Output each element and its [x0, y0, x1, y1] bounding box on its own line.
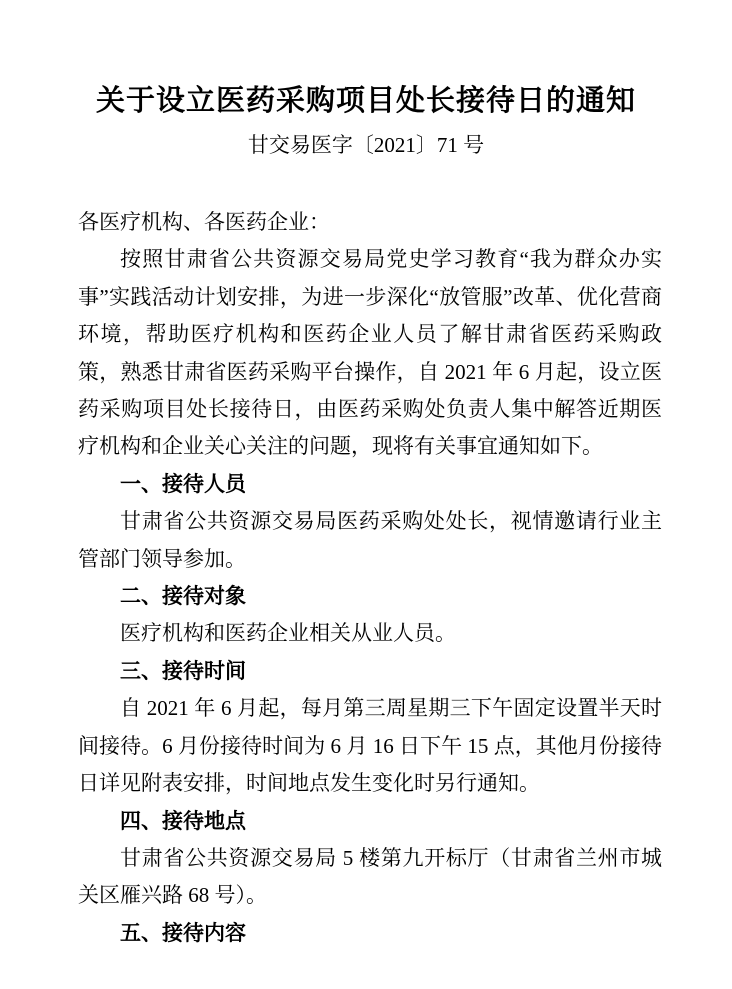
document-title: 关于设立医药采购项目处长接待日的通知 — [40, 82, 692, 120]
section-5-heading: 五、接待内容 — [78, 915, 662, 952]
section-4-heading: 四、接待地点 — [78, 803, 662, 840]
section-1-heading: 一、接待人员 — [78, 466, 662, 503]
section-1-body: 甘肃省公共资源交易局医药采购处处长，视情邀请行业主管部门领导参加。 — [78, 503, 662, 578]
section-4-body: 甘肃省公共资源交易局 5 楼第九开标厅（甘肃省兰州市城关区雁兴路 68 号）。 — [78, 840, 662, 915]
salutation-line: 各医疗机构、各医药企业： — [78, 204, 662, 241]
intro-paragraph: 按照甘肃省公共资源交易局党史学习教育“我为群众办实事”实践活动计划安排，为进一步… — [78, 241, 662, 465]
section-3-heading: 三、接待时间 — [78, 653, 662, 690]
section-2-heading: 二、接待对象 — [78, 578, 662, 615]
section-3-body: 自 2021 年 6 月起，每月第三周星期三下午固定设置半天时间接待。6 月份接… — [78, 690, 662, 802]
document-number: 甘交易医字〔2021〕71 号 — [0, 130, 732, 160]
section-2-body: 医疗机构和医药企业相关从业人员。 — [78, 615, 662, 652]
document-body: 各医疗机构、各医药企业： 按照甘肃省公共资源交易局党史学习教育“我为群众办实事”… — [78, 204, 662, 952]
document-page: 关于设立医药采购项目处长接待日的通知 甘交易医字〔2021〕71 号 各医疗机构… — [0, 0, 732, 989]
